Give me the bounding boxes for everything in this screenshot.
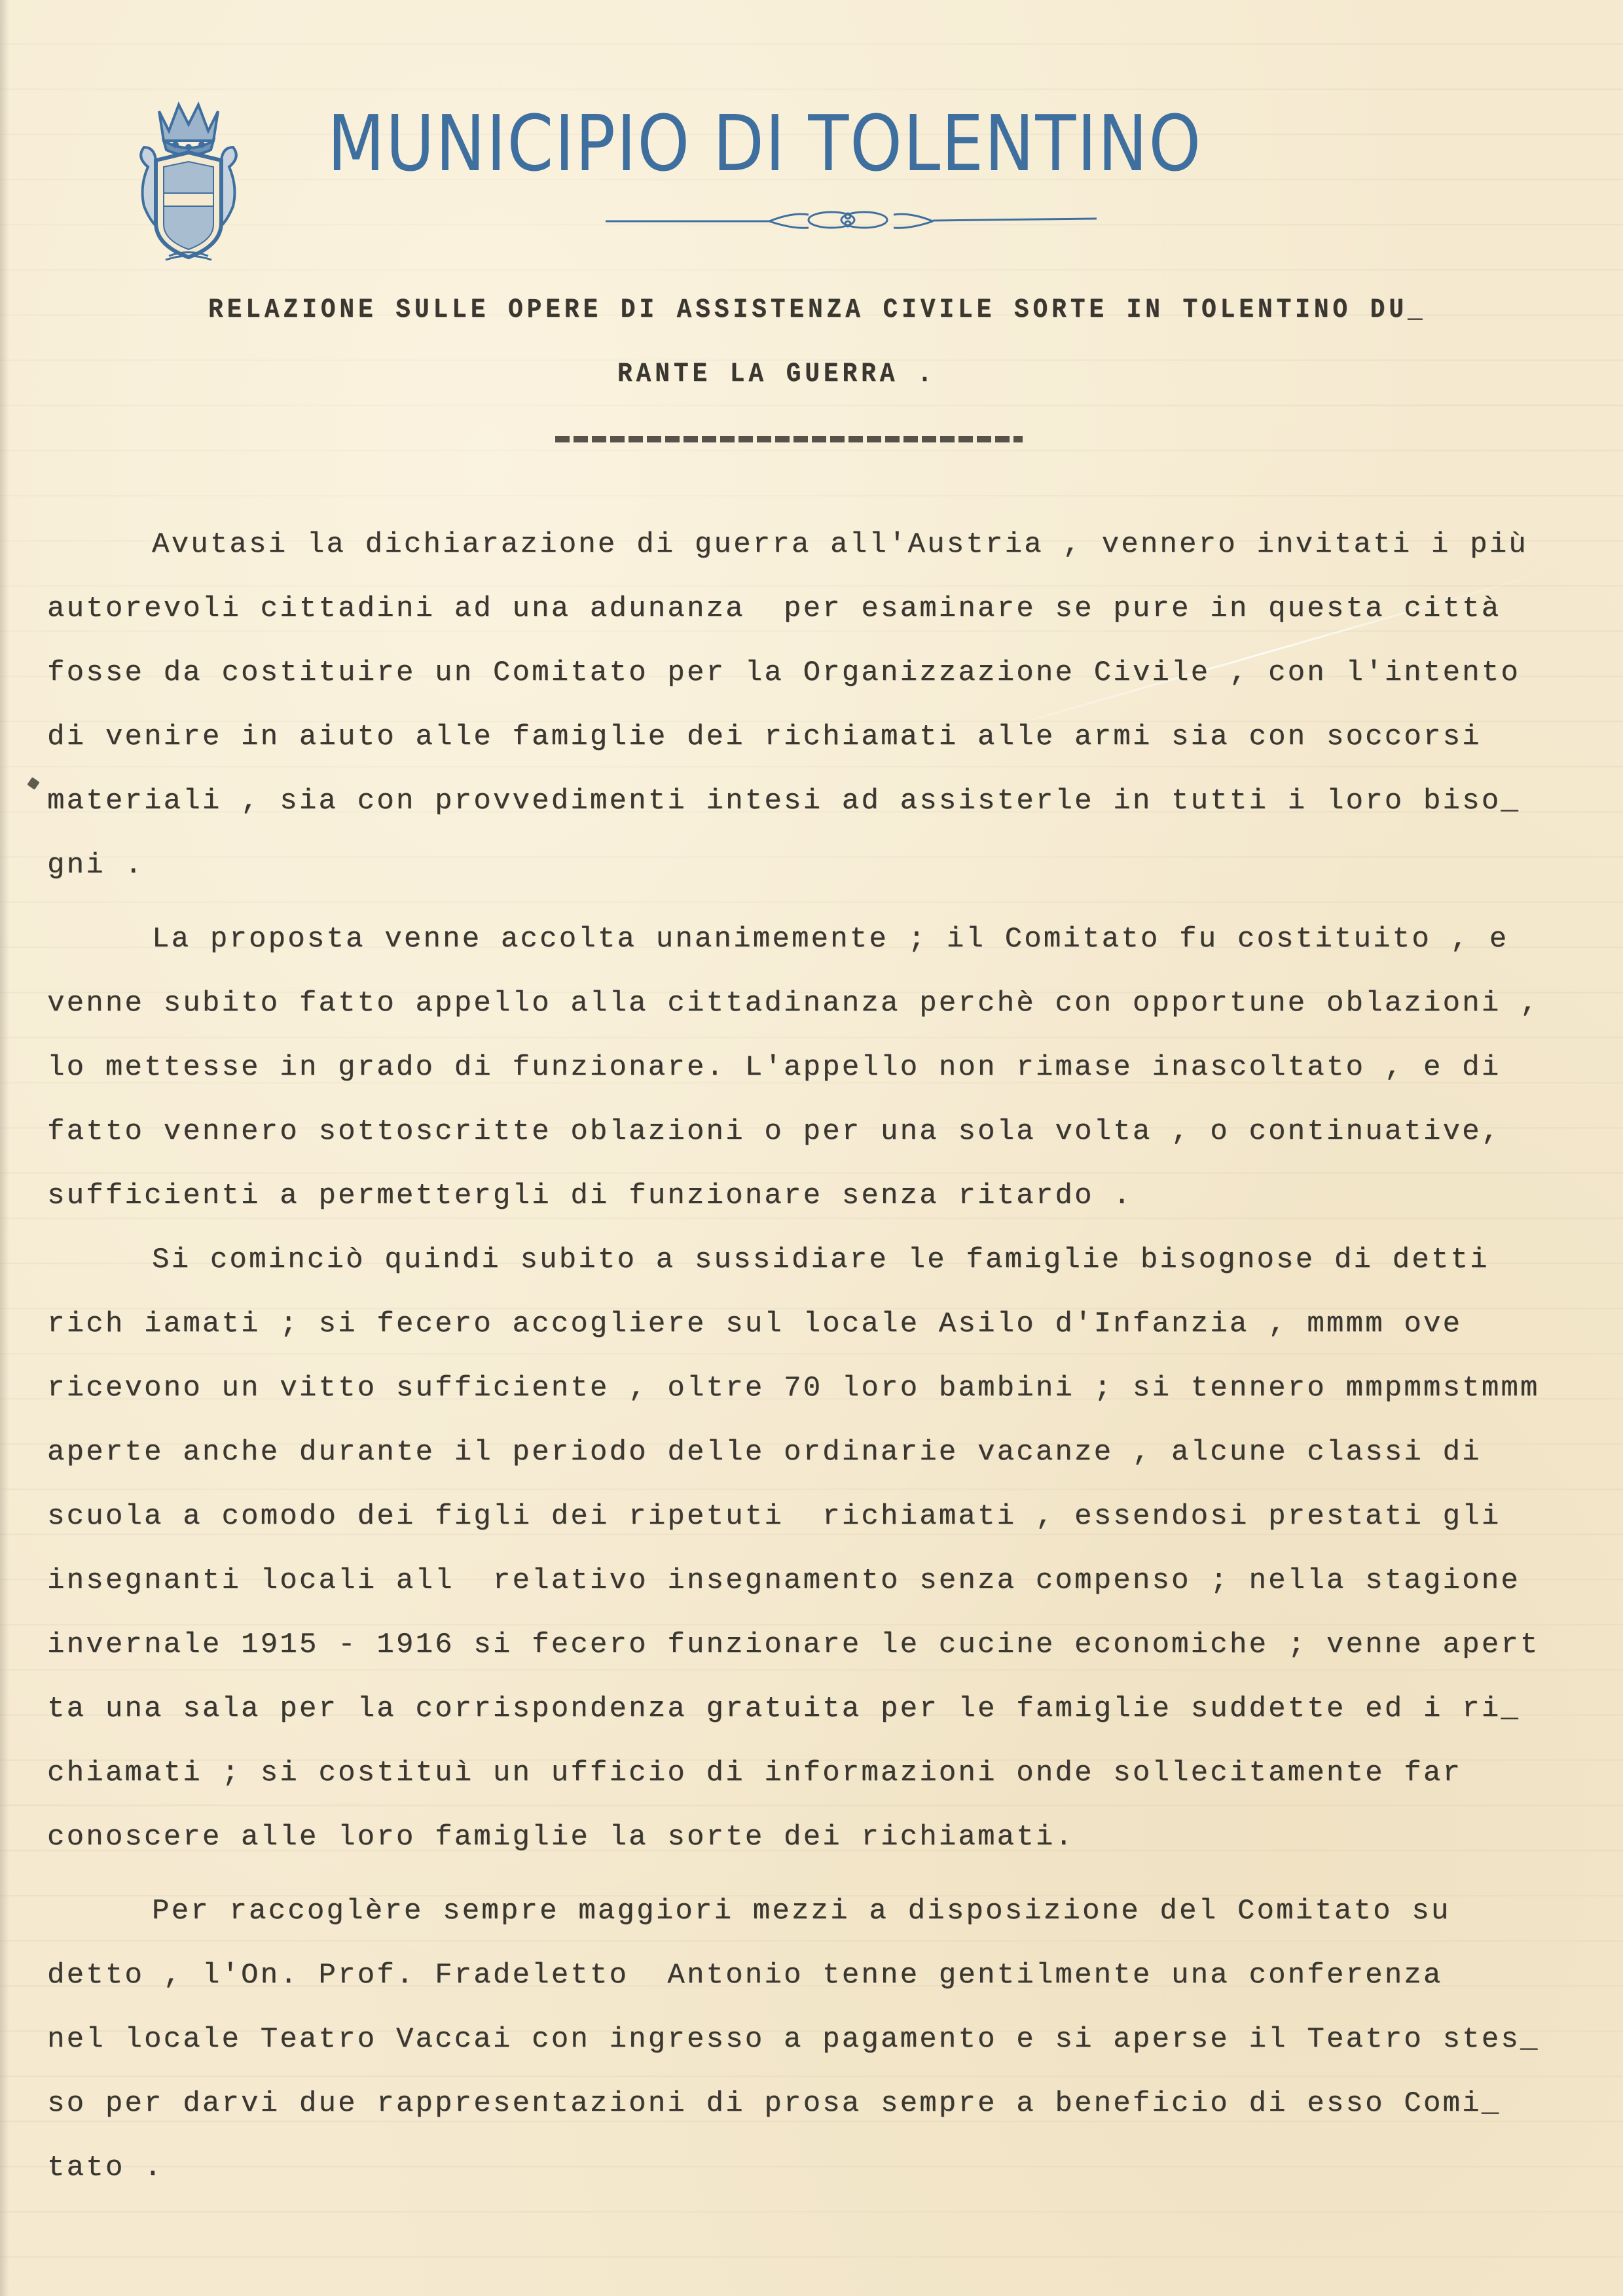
body-line: aperte anche durante il periodo delle or… — [47, 1438, 1482, 1467]
body-line: venne subito fatto appello alla cittadin… — [47, 989, 1540, 1018]
body-line: nel locale Teatro Vaccai con ingresso a … — [47, 2025, 1540, 2054]
body-line: Si cominciò quindi subito a sussidiare l… — [152, 1246, 1489, 1274]
body-line: Avutasi la dichiarazione di guerra all'A… — [152, 530, 1528, 559]
title-underline-rule — [555, 436, 1023, 442]
body-line: autorevoli cittadini ad una adunanza per… — [47, 594, 1501, 623]
body-line: ta una sala per la corrispondenza gratui… — [47, 1695, 1520, 1723]
body-line: rich iamati ; si fecero accogliere sul l… — [47, 1310, 1462, 1338]
document-page: MUNICIPIO DI TOLENTINO RELAZIONE SULLE O… — [0, 0, 1623, 2296]
body-line: conoscere alle loro famiglie la sorte de… — [47, 1823, 1074, 1852]
body-line: fosse da costituire un Comitato per la O… — [47, 658, 1520, 687]
body-line: invernale 1915 - 1916 si fecero funziona… — [47, 1630, 1540, 1659]
body-line: ricevono un vitto sufficiente , oltre 70… — [47, 1374, 1540, 1403]
body-line: fatto vennero sottoscritte oblazioni o p… — [47, 1117, 1501, 1146]
body-line: La proposta venne accolta unanimemente ;… — [152, 925, 1508, 954]
letterhead-title: MUNICIPIO DI TOLENTINO — [327, 105, 1202, 182]
report-title-line-2: RANTE LA GUERRA . — [617, 360, 936, 387]
body-line: tato . — [47, 2153, 164, 2182]
body-line: insegnanti locali all relativo insegname… — [47, 1566, 1520, 1595]
body-line: chiamati ; si costituì un ufficio di inf… — [47, 1759, 1462, 1787]
body-line: di venire in aiuto alle famiglie dei ric… — [47, 723, 1482, 751]
margin-ink-mark — [27, 777, 39, 789]
body-line: lo mettesse in grado di funzionare. L'ap… — [47, 1053, 1501, 1082]
body-line: detto , l'On. Prof. Fradeletto Antonio t… — [47, 1961, 1443, 1990]
body-line: materiali , sia con provvedimenti intesi… — [47, 787, 1520, 816]
body-line: Per raccoglère sempre maggiori mezzi a d… — [152, 1897, 1451, 1926]
coat-of-arms-icon — [130, 95, 247, 265]
body-line: sufficienti a permettergli di funzionare… — [47, 1181, 1133, 1210]
body-line: scuola a comodo dei figli dei ripetuti r… — [47, 1502, 1501, 1531]
body-line: so per darvi due rappresentazioni di pro… — [47, 2089, 1501, 2118]
body-line: gni . — [47, 851, 144, 880]
report-title-line-1: RELAZIONE SULLE OPERE DI ASSISTENZA CIVI… — [208, 296, 1427, 323]
ornament-divider-icon — [606, 208, 1097, 232]
page-edge-shadow — [0, 0, 9, 2296]
